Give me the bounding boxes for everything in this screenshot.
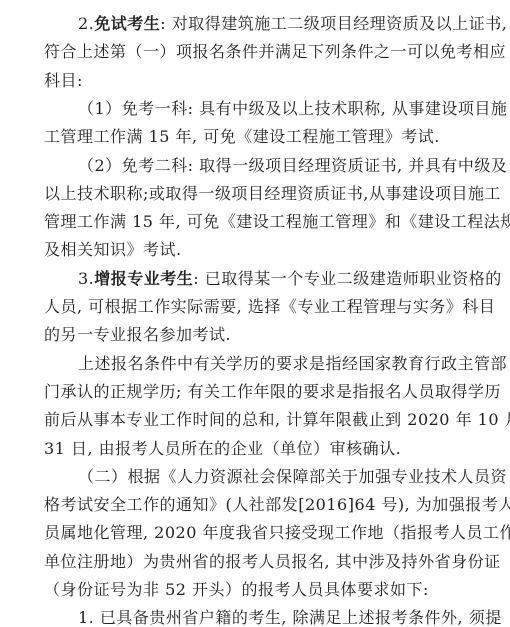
section-heading: 增报专业考生 [94, 269, 193, 288]
text-line: 科目: [44, 71, 468, 91]
text-line: 管理工作满 15 年, 可免《建设工程施工管理》和《建设工程法规 [44, 212, 468, 232]
line-text: （2）免考二科: 取得一级项目经理资质证书, 并具有中级及 [78, 156, 507, 175]
line-text: 符合上述第（一）项报名条件并满足下列条件之一可以免考相应 [44, 42, 506, 61]
text-line: 格考试安全工作的通知》(人社部发[2016]64 号), 为加强报考人 [44, 495, 468, 515]
line-text: 管理工作满 15 年, 可免《建设工程施工管理》和《建设工程法规 [44, 212, 510, 231]
line-text: （二）根据《人力资源社会保障部关于加强专业技术人员资 [78, 467, 507, 486]
line-text: 及相关知识》考试. [44, 240, 182, 259]
line-text: : 对取得建筑施工二级项目经理资质及以上证书, [160, 14, 507, 33]
line-text: 1. 已具备贵州省户籍的考生, 除满足上述报考条件外, 须提 [78, 608, 502, 627]
text-line: （二）根据《人力资源社会保障部关于加强专业技术人员资 [78, 467, 468, 487]
text-line: 员属地化管理, 2020 年度我省只接受现工作地（指报考人员工作 [44, 523, 468, 543]
text-line: 上述报名条件中有关学历的要求是指经国家教育行政主管部 [78, 354, 468, 374]
text-line: 的另一专业报名参加考试. [44, 325, 468, 345]
list-number: 2. [78, 14, 94, 33]
text-line: （身份证号为非 52 开头）的报考人员具体要求如下: [44, 580, 468, 600]
text-line: 符合上述第（一）项报名条件并满足下列条件之一可以免考相应 [44, 42, 468, 62]
text-line: 人员, 可根据工作实际需要, 选择《专业工程管理与实务》科目 [44, 297, 468, 317]
line-text: 格考试安全工作的通知》(人社部发[2016]64 号), 为加强报考人 [44, 495, 510, 514]
text-line: 单位注册地）为贵州省的报考人员报名, 其中涉及持外省身份证 [44, 552, 468, 572]
text-line: 2.免试考生: 对取得建筑施工二级项目经理资质及以上证书, [78, 14, 468, 34]
text-line: 31 日, 由报考人员所在的企业（单位）审核确认. [44, 439, 468, 459]
text-line: 前后从事本专业工作时间的总和, 计算年限截止到 2020 年 10 月 [44, 410, 468, 430]
line-text: 上述报名条件中有关学历的要求是指经国家教育行政主管部 [78, 354, 507, 373]
text-line: 工管理工作满 15 年, 可免《建设工程施工管理》考试. [44, 127, 468, 147]
line-text: 工管理工作满 15 年, 可免《建设工程施工管理》考试. [44, 127, 440, 146]
line-text: 科目: [44, 71, 83, 90]
line-text: 以上技术职称;或取得一级项目经理资质证书,从事建设项目施工 [44, 184, 501, 203]
line-text: （身份证号为非 52 开头）的报考人员具体要求如下: [44, 580, 429, 599]
text-line: 门承认的正规学历; 有关工作年限的要求是指报名人员取得学历 [44, 382, 468, 402]
text-line: 及相关知识》考试. [44, 240, 468, 260]
line-text: : 已取得某一个专业二级建造师职业资格的 [193, 269, 501, 288]
section-heading: 免试考生 [94, 14, 160, 33]
text-line: （2）免考二科: 取得一级项目经理资质证书, 并具有中级及 [78, 156, 468, 176]
line-text: （1）免考一科: 具有中级及以上技术职称, 从事建设项目施 [78, 99, 507, 118]
text-line: 以上技术职称;或取得一级项目经理资质证书,从事建设项目施工 [44, 184, 468, 204]
line-text: 的另一专业报名参加考试. [44, 325, 231, 344]
document-page: 2.免试考生: 对取得建筑施工二级项目经理资质及以上证书,符合上述第（一）项报名… [0, 0, 510, 627]
line-text: 前后从事本专业工作时间的总和, 计算年限截止到 2020 年 10 月 [44, 410, 510, 429]
line-text: 单位注册地）为贵州省的报考人员报名, 其中涉及持外省身份证 [44, 552, 501, 571]
line-text: 人员, 可根据工作实际需要, 选择《专业工程管理与实务》科目 [44, 297, 495, 316]
line-text: 门承认的正规学历; 有关工作年限的要求是指报名人员取得学历 [44, 382, 501, 401]
line-text: 员属地化管理, 2020 年度我省只接受现工作地（指报考人员工作 [44, 523, 510, 542]
text-line: 3.增报专业考生: 已取得某一个专业二级建造师职业资格的 [78, 269, 468, 289]
text-line: （1）免考一科: 具有中级及以上技术职称, 从事建设项目施 [78, 99, 468, 119]
text-line: 1. 已具备贵州省户籍的考生, 除满足上述报考条件外, 须提 [78, 608, 468, 627]
line-text: 31 日, 由报考人员所在的企业（单位）审核确认. [44, 439, 401, 458]
list-number: 3. [78, 269, 94, 288]
